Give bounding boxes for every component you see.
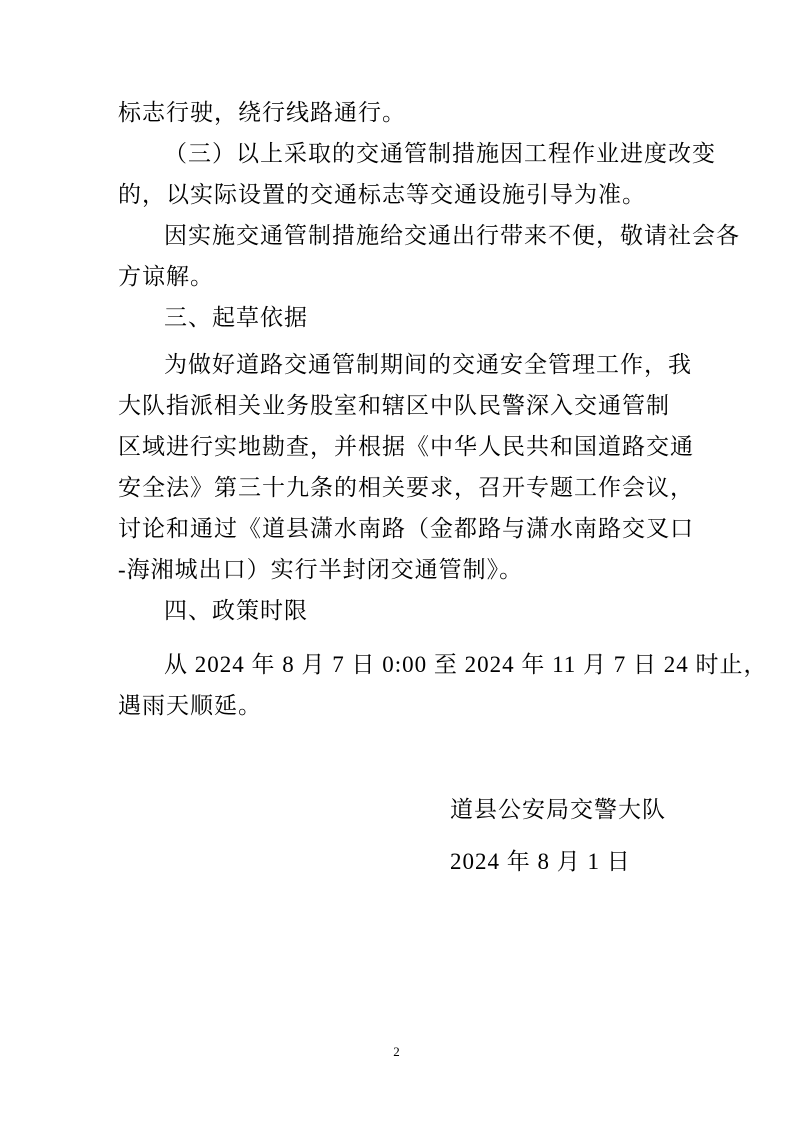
signature-date: 2024 年 8 月 1 日 <box>450 841 705 882</box>
document-line: 的，以实际设置的交通标志等交通设施引导为准。 <box>118 174 705 215</box>
signature-block: 道县公安局交警大队 2024 年 8 月 1 日 <box>450 789 705 882</box>
document-section-heading: 四、政策时限 <box>118 590 705 631</box>
page-number: 2 <box>0 1045 793 1058</box>
signature-organization: 道县公安局交警大队 <box>450 789 705 830</box>
document-line: （三）以上采取的交通管制措施因工程作业进度改变 <box>118 133 705 174</box>
document-line: 大队指派相关业务股室和辖区中队民警深入交通管制 <box>118 385 705 426</box>
document-line: 从 2024 年 8 月 7 日 0:00 至 2024 年 11 月 7 日 … <box>118 644 705 685</box>
document-section-heading: 三、起草依据 <box>118 297 705 338</box>
document-line: 标志行驶，绕行线路通行。 <box>118 92 705 133</box>
document-line: 为做好道路交通管制期间的交通安全管理工作，我 <box>118 344 705 385</box>
document-line: 讨论和通过《道县潇水南路（金都路与潇水南路交叉口 <box>118 508 705 549</box>
document-line: 方谅解。 <box>118 256 705 297</box>
document-line: -海湘城出口）实行半封闭交通管制》。 <box>118 549 705 590</box>
document-line: 遇雨天顺延。 <box>118 685 705 726</box>
document-line: 区域进行实地勘查，并根据《中华人民共和国道路交通 <box>118 426 705 467</box>
document-line: 因实施交通管制措施给交通出行带来不便，敬请社会各 <box>118 215 705 256</box>
document-body: 标志行驶，绕行线路通行。 （三）以上采取的交通管制措施因工程作业进度改变 的，以… <box>118 92 705 882</box>
document-line: 安全法》第三十九条的相关要求，召开专题工作会议， <box>118 467 705 508</box>
document-page: 标志行驶，绕行线路通行。 （三）以上采取的交通管制措施因工程作业进度改变 的，以… <box>0 0 793 1122</box>
